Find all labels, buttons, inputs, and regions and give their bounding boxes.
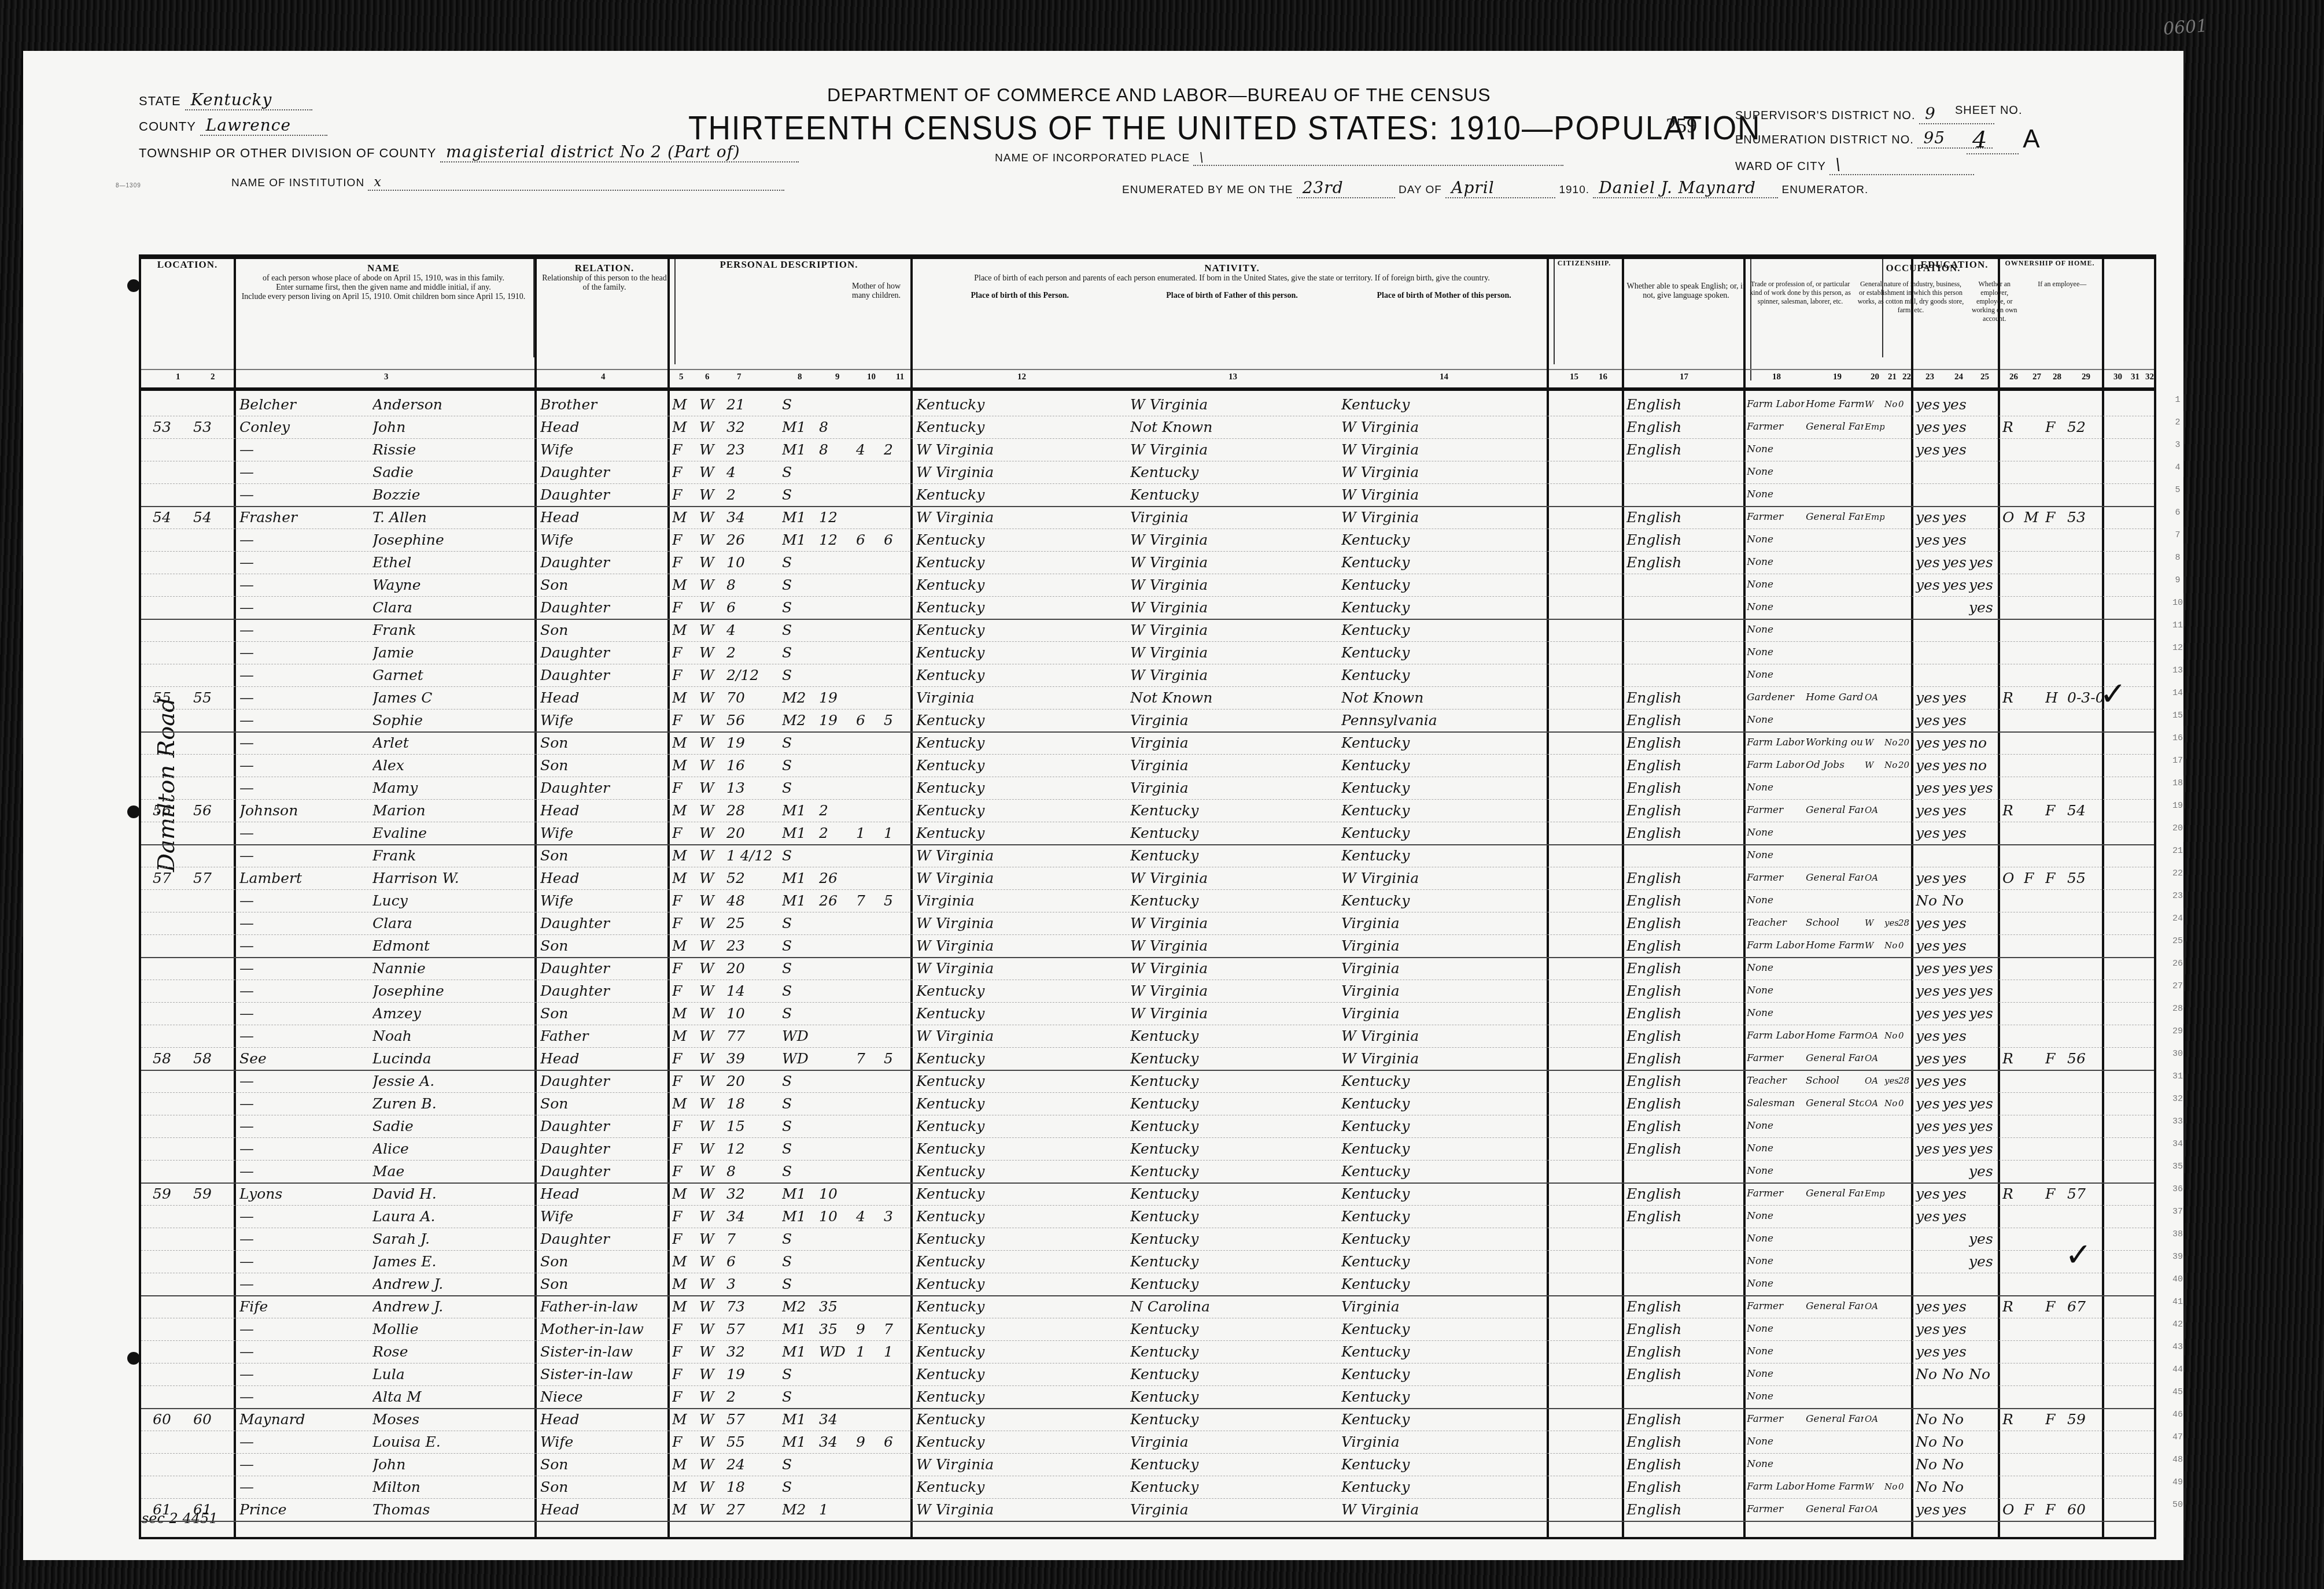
- dwelling-number: [153, 461, 187, 483]
- farm-or-house: [2045, 596, 2066, 619]
- marital-status: S: [782, 1070, 818, 1092]
- children-born: [856, 461, 882, 483]
- marital-status: M1: [782, 1340, 818, 1363]
- binder-hole: [127, 1352, 140, 1365]
- given-name: Frank: [372, 619, 532, 641]
- owned-rented: [2002, 596, 2023, 619]
- given-name: Sadie: [372, 1115, 532, 1137]
- can-read: yes: [1916, 1047, 1942, 1070]
- given-name: Amzey: [372, 1002, 532, 1025]
- owned-rented: [2002, 619, 2023, 641]
- state-value: Kentucky: [185, 90, 312, 110]
- farm-schedule-number: [2067, 709, 2102, 731]
- birthplace: Kentucky: [916, 551, 1124, 574]
- mortgaged: [2024, 822, 2045, 844]
- table-row: —LulaSister-in-lawFW19SKentuckyKentuckyK…: [141, 1363, 2154, 1386]
- birthplace: Kentucky: [916, 822, 1124, 844]
- given-name: Josephine: [372, 980, 532, 1002]
- owned-rented: R: [2002, 416, 2023, 438]
- surname: —: [239, 619, 367, 641]
- relation: Wife: [540, 1205, 665, 1228]
- years-married: [819, 1250, 853, 1273]
- family-number: [193, 1431, 231, 1453]
- can-read: yes: [1916, 777, 1942, 799]
- relation: Head: [540, 506, 665, 529]
- attended-school: [1969, 867, 1997, 889]
- sheet-number-field: 4 A: [1967, 125, 2040, 154]
- attended-school: [1969, 1340, 1997, 1363]
- given-name: Harrison W.: [372, 867, 532, 889]
- industry: [1806, 1228, 1864, 1250]
- given-name: Marion: [372, 799, 532, 822]
- given-name: Sadie: [372, 461, 532, 483]
- sex: F: [672, 529, 698, 551]
- owned-rented: [2002, 1205, 2023, 1228]
- language: [1626, 1160, 1742, 1182]
- industry: [1806, 1385, 1864, 1408]
- column-number: 22: [1902, 372, 1911, 382]
- father-birthplace: Kentucky: [1130, 1160, 1336, 1182]
- father-birthplace: W Virginia: [1130, 619, 1336, 641]
- dwelling-number: [153, 912, 187, 934]
- can-write: yes: [1942, 1205, 1968, 1228]
- weeks-out-of-work: [1898, 1273, 1911, 1295]
- birthplace: Kentucky: [916, 1115, 1124, 1137]
- age: 12: [726, 1137, 781, 1160]
- children-born: [856, 1385, 882, 1408]
- marital-status: S: [782, 1160, 818, 1182]
- line-number: 11: [2166, 614, 2189, 637]
- marital-status: M1: [782, 799, 818, 822]
- trade: None: [1747, 889, 1805, 912]
- can-write: yes: [1942, 1047, 1968, 1070]
- employer-status: [1865, 574, 1884, 596]
- industry: Home Farm: [1806, 1476, 1864, 1498]
- out-of-work: No: [1884, 1476, 1898, 1498]
- mortgaged: [2024, 1092, 2045, 1115]
- farm-schedule-number: [2067, 731, 2102, 754]
- weeks-out-of-work: [1898, 1498, 1911, 1521]
- birthplace: Kentucky: [916, 596, 1124, 619]
- farm-or-house: [2045, 1025, 2066, 1047]
- out-of-work: No: [1884, 934, 1898, 957]
- employer-status: [1865, 844, 1884, 867]
- column-number: 18: [1772, 372, 1781, 382]
- weeks-out-of-work: [1898, 686, 1911, 709]
- owned-rented: [2002, 1228, 2023, 1250]
- attended-school: [1969, 1295, 1997, 1318]
- given-name: Anderson: [372, 393, 532, 416]
- farm-schedule-number: [2067, 551, 2102, 574]
- years-married: [819, 574, 853, 596]
- relation: Son: [540, 844, 665, 867]
- surname: —: [239, 551, 367, 574]
- line-number: 29: [2166, 1020, 2189, 1043]
- citizenship-header: CITIZENSHIP.: [1547, 259, 1623, 357]
- attended-school: [1969, 822, 1997, 844]
- race: W: [699, 483, 725, 506]
- years-married: [819, 393, 853, 416]
- attended-school: yes: [1969, 1092, 1997, 1115]
- relation: Daughter: [540, 551, 665, 574]
- language: English: [1626, 799, 1742, 822]
- farm-schedule-number: 57: [2067, 1182, 2102, 1205]
- dwelling-number: 58: [153, 1047, 187, 1070]
- owned-rented: [2002, 1453, 2023, 1476]
- language: English: [1626, 1205, 1742, 1228]
- surname: —: [239, 1250, 367, 1273]
- employer-status: [1865, 1385, 1884, 1408]
- can-read: yes: [1916, 1137, 1942, 1160]
- sex: M: [672, 1002, 698, 1025]
- race: W: [699, 1498, 725, 1521]
- given-name: Laura A.: [372, 1205, 532, 1228]
- age: 18: [726, 1476, 781, 1498]
- attended-school: [1969, 1453, 1997, 1476]
- attended-school: [1969, 1025, 1997, 1047]
- race: W: [699, 1047, 725, 1070]
- children-living: [884, 1228, 910, 1250]
- farm-or-house: [2045, 1453, 2066, 1476]
- industry: [1806, 1137, 1864, 1160]
- industry: Working out: [1806, 731, 1864, 754]
- language: [1626, 1385, 1742, 1408]
- trade: None: [1747, 1137, 1805, 1160]
- farm-or-house: [2045, 777, 2066, 799]
- mortgaged: [2024, 1476, 2045, 1498]
- mother-birthplace: Kentucky: [1341, 777, 1544, 799]
- table-row: 5454FrasherT. AllenHeadMW34M112W Virgini…: [141, 506, 2154, 529]
- employer-status: [1865, 664, 1884, 686]
- family-number: [193, 822, 231, 844]
- industry: [1806, 1250, 1864, 1273]
- years-married: 2: [819, 822, 853, 844]
- mother-birthplace: Kentucky: [1341, 1340, 1544, 1363]
- trade: Farmer: [1747, 1408, 1805, 1431]
- out-of-work: [1884, 1363, 1898, 1385]
- industry: [1806, 641, 1864, 664]
- children-living: 1: [884, 822, 910, 844]
- enumeration-district-field: ENUMERATION DISTRICT NO. 95: [1735, 128, 1993, 149]
- birthplace: Kentucky: [916, 1318, 1124, 1340]
- children-born: [856, 416, 882, 438]
- owned-rented: [2002, 822, 2023, 844]
- sex: F: [672, 1137, 698, 1160]
- mortgaged: [2024, 889, 2045, 912]
- trade: Farm Laborer: [1747, 393, 1805, 416]
- race: W: [699, 1092, 725, 1115]
- mortgaged: [2024, 1205, 2045, 1228]
- surname: —: [239, 461, 367, 483]
- given-name: Alex: [372, 754, 532, 777]
- children-living: [884, 1025, 910, 1047]
- children-living: [884, 686, 910, 709]
- given-name: Mae: [372, 1160, 532, 1182]
- table-row: —JosephineWifeFW26M11266KentuckyW Virgin…: [141, 529, 2154, 552]
- relation: Son: [540, 934, 665, 957]
- trade: Farm Laborer: [1747, 754, 1805, 777]
- trade: Farmer: [1747, 1498, 1805, 1521]
- farm-schedule-number: [2067, 1318, 2102, 1340]
- language: [1626, 844, 1742, 867]
- farm-or-house: F: [2045, 1498, 2066, 1521]
- line-number: 44: [2166, 1358, 2189, 1381]
- farm-or-house: [2045, 731, 2066, 754]
- marital-status: M1: [782, 1431, 818, 1453]
- farm-schedule-number: 59: [2067, 1408, 2102, 1431]
- mother-birthplace: Virginia: [1341, 957, 1544, 980]
- can-write: No: [1942, 1408, 1968, 1431]
- marital-status: S: [782, 1363, 818, 1385]
- marital-status: WD: [782, 1047, 818, 1070]
- employer-status: [1865, 483, 1884, 506]
- farm-or-house: H: [2045, 686, 2066, 709]
- english-header: Whether able to speak English; or, if no…: [1622, 259, 1751, 380]
- children-born: [856, 1250, 882, 1273]
- children-living: [884, 1002, 910, 1025]
- family-number: [193, 438, 231, 461]
- column-number: 10: [867, 372, 876, 382]
- family-number: [193, 777, 231, 799]
- children-born: [856, 934, 882, 957]
- owned-rented: [2002, 934, 2023, 957]
- family-number: [193, 1295, 231, 1318]
- family-number: [193, 483, 231, 506]
- children-living: 2: [884, 438, 910, 461]
- age: 19: [726, 731, 781, 754]
- children-living: [884, 1408, 910, 1431]
- birthplace: Kentucky: [916, 1273, 1124, 1295]
- dwelling-number: [153, 1363, 187, 1385]
- children-born: [856, 506, 882, 529]
- family-number: [193, 551, 231, 574]
- years-married: 34: [819, 1431, 853, 1453]
- race: W: [699, 1160, 725, 1182]
- birthplace: Kentucky: [916, 1182, 1124, 1205]
- surname: —: [239, 1205, 367, 1228]
- father-birthplace: Virginia: [1130, 1498, 1336, 1521]
- table-row: —JamieDaughterFW2SKentuckyW VirginiaKent…: [141, 641, 2154, 664]
- can-read: [1916, 619, 1942, 641]
- table-row: —NoahFatherMW77WDW VirginiaKentuckyW Vir…: [141, 1025, 2154, 1048]
- line-number: 24: [2166, 907, 2189, 930]
- weeks-out-of-work: [1898, 1250, 1911, 1273]
- owned-rented: [2002, 1431, 2023, 1453]
- language: English: [1626, 529, 1742, 551]
- industry: [1806, 1002, 1864, 1025]
- age: 25: [726, 912, 781, 934]
- can-read: No: [1916, 1363, 1942, 1385]
- column-number: 15: [1570, 372, 1578, 382]
- checkmark-icon: ✓: [2100, 675, 2127, 713]
- family-number: [193, 1137, 231, 1160]
- column-number: 25: [1980, 372, 1989, 382]
- surname: —: [239, 574, 367, 596]
- language: English: [1626, 1431, 1742, 1453]
- family-number: 56: [193, 799, 231, 822]
- table-row: —AlexSonMW16SKentuckyVirginiaKentuckyEng…: [141, 754, 2154, 777]
- surname: —: [239, 754, 367, 777]
- mother-birthplace: W Virginia: [1341, 1025, 1544, 1047]
- owned-rented: O: [2002, 1498, 2023, 1521]
- age: 24: [726, 1453, 781, 1476]
- given-name: Arlet: [372, 731, 532, 754]
- birthplace: W Virginia: [916, 934, 1124, 957]
- out-of-work: [1884, 1453, 1898, 1476]
- industry: [1806, 461, 1864, 483]
- industry: [1806, 1273, 1864, 1295]
- dwelling-number: 56: [153, 799, 187, 822]
- column-number: 3: [384, 372, 389, 382]
- father-birthplace: Virginia: [1130, 777, 1336, 799]
- mortgaged: [2024, 393, 2045, 416]
- column-number: 28: [2053, 372, 2061, 382]
- years-married: [819, 731, 853, 754]
- surname: —: [239, 777, 367, 799]
- out-of-work: [1884, 574, 1898, 596]
- years-married: 10: [819, 1205, 853, 1228]
- department-heading: DEPARTMENT OF COMMERCE AND LABOR—BUREAU …: [827, 84, 1491, 106]
- race: W: [699, 777, 725, 799]
- family-number: [193, 844, 231, 867]
- father-birthplace: Kentucky: [1130, 1205, 1336, 1228]
- weeks-out-of-work: [1898, 889, 1911, 912]
- attended-school: [1969, 1047, 1997, 1070]
- marital-status: M2: [782, 1498, 818, 1521]
- children-born: [856, 619, 882, 641]
- weeks-out-of-work: [1898, 506, 1911, 529]
- column-number: 17: [1680, 372, 1688, 382]
- attended-school: [1969, 1182, 1997, 1205]
- employer-status: OA: [1865, 1498, 1884, 1521]
- can-write: yes: [1942, 1092, 1968, 1115]
- line-number: 19: [2166, 794, 2189, 817]
- age: 20: [726, 1070, 781, 1092]
- birthplace: Virginia: [916, 889, 1124, 912]
- mortgaged: [2024, 1295, 2045, 1318]
- surname: —: [239, 957, 367, 980]
- birthplace: Kentucky: [916, 1476, 1124, 1498]
- family-number: [193, 889, 231, 912]
- attended-school: [1969, 641, 1997, 664]
- race: W: [699, 731, 725, 754]
- line-number: 30: [2166, 1043, 2189, 1065]
- surname: —: [239, 1228, 367, 1250]
- race: W: [699, 934, 725, 957]
- years-married: [819, 1476, 853, 1498]
- family-number: [193, 1115, 231, 1137]
- birthplace: Kentucky: [916, 1340, 1124, 1363]
- owned-rented: R: [2002, 1295, 2023, 1318]
- language: English: [1626, 1498, 1742, 1521]
- age: 3: [726, 1273, 781, 1295]
- sex: F: [672, 980, 698, 1002]
- out-of-work: [1884, 483, 1898, 506]
- can-read: No: [1916, 1431, 1942, 1453]
- trade: None: [1747, 1160, 1805, 1182]
- line-number: 35: [2166, 1155, 2189, 1178]
- farm-or-house: [2045, 844, 2066, 867]
- weeks-out-of-work: 0: [1898, 1476, 1911, 1498]
- can-read: [1916, 1228, 1942, 1250]
- mother-birthplace: Kentucky: [1341, 1453, 1544, 1476]
- table-row: —JohnSonMW24SW VirginiaKentuckyKentuckyE…: [141, 1453, 2154, 1476]
- line-number: 13: [2166, 659, 2189, 682]
- years-married: 12: [819, 506, 853, 529]
- mortgaged: [2024, 799, 2045, 822]
- column-number: 29: [2082, 372, 2090, 382]
- mother-birthplace: W Virginia: [1341, 416, 1544, 438]
- owned-rented: [2002, 574, 2023, 596]
- given-name: Noah: [372, 1025, 532, 1047]
- relation: Mother-in-law: [540, 1318, 665, 1340]
- relation: Son: [540, 1250, 665, 1273]
- trade: None: [1747, 777, 1805, 799]
- out-of-work: [1884, 596, 1898, 619]
- race: W: [699, 1340, 725, 1363]
- surname: Fife: [239, 1295, 367, 1318]
- marital-status: S: [782, 1453, 818, 1476]
- farm-or-house: [2045, 709, 2066, 731]
- children-born: [856, 596, 882, 619]
- farm-schedule-number: [2067, 1025, 2102, 1047]
- mother-birthplace: Kentucky: [1341, 529, 1544, 551]
- trade: None: [1747, 438, 1805, 461]
- years-married: [819, 1025, 853, 1047]
- employer-status: [1865, 438, 1884, 461]
- dwelling-number: [153, 980, 187, 1002]
- industry: General Farm: [1806, 1408, 1864, 1431]
- mortgaged: [2024, 777, 2045, 799]
- mortgaged: [2024, 709, 2045, 731]
- owned-rented: [2002, 1070, 2023, 1092]
- trade: None: [1747, 1250, 1805, 1273]
- age: 73: [726, 1295, 781, 1318]
- given-name: T. Allen: [372, 506, 532, 529]
- attended-school: no: [1969, 754, 1997, 777]
- birthplace: Kentucky: [916, 416, 1124, 438]
- out-of-work: [1884, 1137, 1898, 1160]
- years-married: 26: [819, 867, 853, 889]
- weeks-out-of-work: [1898, 1160, 1911, 1182]
- mortgaged: [2024, 1182, 2045, 1205]
- can-write: [1942, 641, 1968, 664]
- given-name: James C: [372, 686, 532, 709]
- mortgaged: [2024, 438, 2045, 461]
- language: English: [1626, 1182, 1742, 1205]
- employer-status: OA: [1865, 686, 1884, 709]
- relation: Daughter: [540, 957, 665, 980]
- line-number: 36: [2166, 1178, 2189, 1200]
- attended-school: yes: [1969, 574, 1997, 596]
- birthplace: W Virginia: [916, 1453, 1124, 1476]
- table-row: —AmzeySonMW10SKentuckyW VirginiaVirginia…: [141, 1002, 2154, 1025]
- attended-school: [1969, 1273, 1997, 1295]
- can-read: [1916, 664, 1942, 686]
- owned-rented: [2002, 529, 2023, 551]
- father-birthplace: Not Known: [1130, 416, 1336, 438]
- can-read: [1916, 1160, 1942, 1182]
- industry: School: [1806, 1070, 1864, 1092]
- employer-status: [1865, 889, 1884, 912]
- mortgaged: [2024, 1137, 2045, 1160]
- trade: Farmer: [1747, 506, 1805, 529]
- given-name: Moses: [372, 1408, 532, 1431]
- trade: None: [1747, 1431, 1805, 1453]
- father-birthplace: Kentucky: [1130, 889, 1336, 912]
- owned-rented: [2002, 731, 2023, 754]
- race: W: [699, 574, 725, 596]
